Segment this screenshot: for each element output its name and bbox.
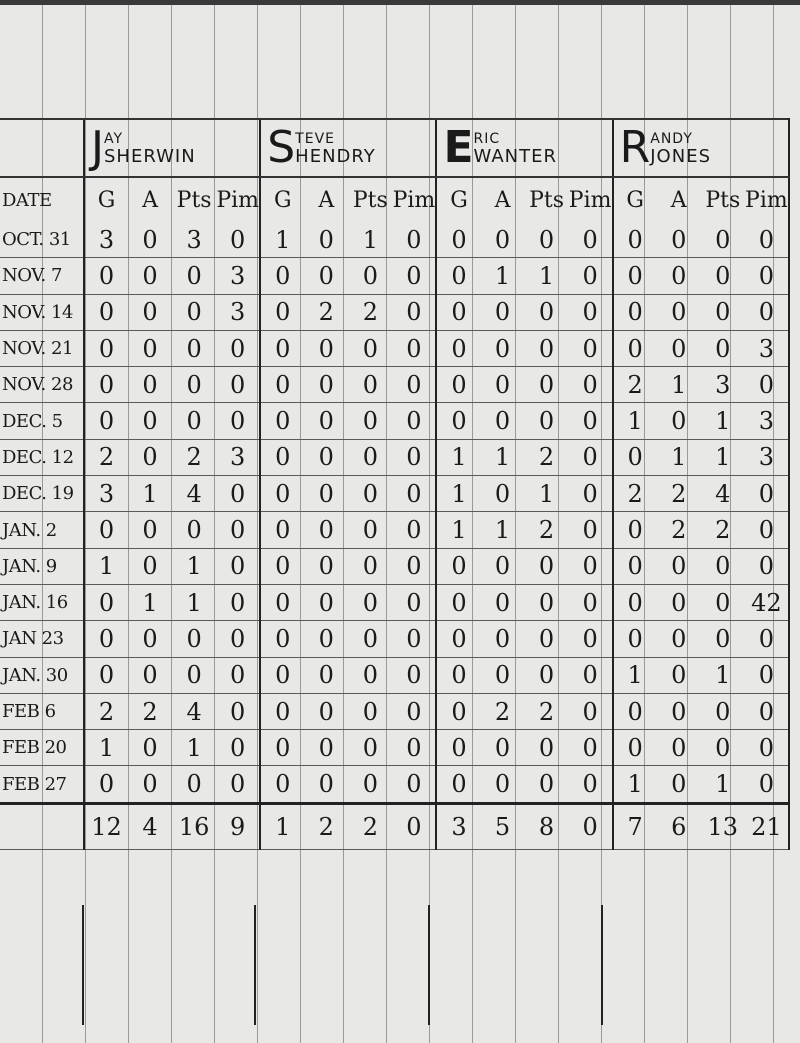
stat-cell: 0: [260, 367, 304, 403]
stat-cell: 0: [260, 476, 304, 512]
stat-cell: 0: [745, 548, 789, 584]
stat-cell: 0: [304, 584, 348, 620]
stat-header: G: [613, 177, 657, 222]
stat-cell: 0: [84, 512, 128, 548]
game-date: JAN 23: [0, 621, 84, 657]
stat-cell: 2: [172, 439, 216, 475]
stat-cell: 1: [436, 439, 480, 475]
stat-cell: 0: [172, 766, 216, 803]
stat-cell: 0: [260, 693, 304, 729]
stat-cell: 0: [348, 657, 392, 693]
stat-cell: 0: [657, 693, 701, 729]
game-row: JAN. 300000000000001010: [0, 657, 789, 693]
stat-cell: 0: [84, 294, 128, 330]
stat-header: G: [260, 177, 304, 222]
total-cell: 5: [481, 803, 525, 849]
stat-cell: 0: [172, 258, 216, 294]
total-cell: 8: [525, 803, 569, 849]
game-row: DEC. 50000000000001013: [0, 403, 789, 439]
stat-cell: 2: [128, 693, 172, 729]
stat-cell: 0: [304, 439, 348, 475]
stat-cell: 0: [569, 693, 613, 729]
stat-header: A: [481, 177, 525, 222]
total-cell: 9: [216, 803, 260, 849]
stat-cell: 0: [304, 548, 348, 584]
stat-cell: 0: [260, 512, 304, 548]
stat-cell: 0: [701, 730, 745, 766]
column-divider: [254, 905, 256, 1025]
stat-cell: 0: [260, 439, 304, 475]
stat-cell: 0: [128, 621, 172, 657]
stat-cell: 0: [172, 621, 216, 657]
stat-cell: 0: [392, 330, 436, 366]
game-date: DEC. 19: [0, 476, 84, 512]
stat-cell: 0: [436, 330, 480, 366]
stat-cell: 0: [569, 294, 613, 330]
stat-cell: 0: [392, 693, 436, 729]
player-name: TEVEHENDRY: [295, 130, 376, 166]
stat-cell: 0: [304, 657, 348, 693]
stat-cell: 0: [481, 548, 525, 584]
stat-cell: 0: [481, 222, 525, 258]
stat-cell: 4: [172, 693, 216, 729]
player-initial: R: [620, 122, 651, 173]
player-last: WANTER: [474, 148, 557, 166]
stat-cell: 1: [613, 766, 657, 803]
stat-cell: 1: [128, 476, 172, 512]
game-date: NOV. 7: [0, 258, 84, 294]
total-cell: 3: [436, 803, 480, 849]
game-date: JAN. 9: [0, 548, 84, 584]
stat-cell: 0: [216, 693, 260, 729]
stat-cell: 42: [745, 584, 789, 620]
player-last: HENDRY: [295, 148, 376, 166]
stat-cell: 0: [84, 330, 128, 366]
stat-cell: 0: [569, 403, 613, 439]
stat-cell: 0: [436, 367, 480, 403]
stat-cell: 0: [657, 258, 701, 294]
stat-cell: 2: [525, 693, 569, 729]
stat-cell: 0: [436, 294, 480, 330]
stat-cell: 0: [216, 367, 260, 403]
blank-ledger-area: [0, 905, 800, 1043]
stat-cell: 4: [172, 476, 216, 512]
total-cell: 2: [348, 803, 392, 849]
stat-cell: 0: [613, 730, 657, 766]
stat-cell: 0: [260, 657, 304, 693]
game-date: FEB 6: [0, 693, 84, 729]
stat-cell: 0: [569, 367, 613, 403]
stat-cell: 1: [260, 222, 304, 258]
stat-cell: 0: [128, 548, 172, 584]
stat-cell: 3: [745, 439, 789, 475]
stat-cell: 0: [128, 222, 172, 258]
stat-cell: 0: [701, 222, 745, 258]
stat-cell: 0: [84, 367, 128, 403]
stat-header: G: [436, 177, 480, 222]
stat-cell: 0: [348, 439, 392, 475]
total-cell: 16: [172, 803, 216, 849]
stat-cell: 0: [304, 476, 348, 512]
game-row: JAN. 20000000011200220: [0, 512, 789, 548]
stat-cell: 0: [657, 330, 701, 366]
stat-cell: 0: [216, 766, 260, 803]
game-date: NOV. 14: [0, 294, 84, 330]
stat-cell: 0: [436, 403, 480, 439]
stat-cell: 0: [701, 621, 745, 657]
stat-cell: 0: [392, 439, 436, 475]
stat-cell: 0: [304, 621, 348, 657]
stat-cell: 0: [172, 403, 216, 439]
stat-cell: 0: [260, 548, 304, 584]
stat-cell: 0: [348, 584, 392, 620]
stat-cell: 0: [348, 548, 392, 584]
stat-cell: 0: [745, 512, 789, 548]
stat-header: Pts: [172, 177, 216, 222]
stat-cell: 4: [701, 476, 745, 512]
game-row: NOV. 140003022000000000: [0, 294, 789, 330]
stat-cell: 0: [128, 367, 172, 403]
player-initial: E: [443, 122, 473, 173]
stat-cell: 0: [657, 548, 701, 584]
stat-cell: 0: [436, 730, 480, 766]
stat-cell: 0: [745, 693, 789, 729]
stat-cell: 0: [216, 730, 260, 766]
stat-header: Pts: [525, 177, 569, 222]
stat-cell: 0: [525, 621, 569, 657]
stat-cell: 3: [216, 439, 260, 475]
stat-cell: 0: [525, 766, 569, 803]
stat-cell: 0: [392, 584, 436, 620]
game-row: OCT. 313030101000000000: [0, 222, 789, 258]
stat-cell: 0: [260, 584, 304, 620]
stat-cell: 0: [569, 730, 613, 766]
stat-cell: 0: [436, 621, 480, 657]
player-name: ANDYJONES: [650, 130, 711, 166]
stat-cell: 2: [84, 693, 128, 729]
game-date: NOV. 28: [0, 367, 84, 403]
stat-cell: 0: [657, 730, 701, 766]
stat-cell: 0: [216, 621, 260, 657]
stat-cell: 0: [701, 693, 745, 729]
stat-cell: 0: [745, 222, 789, 258]
stat-cell: 0: [348, 330, 392, 366]
stat-cell: 0: [128, 294, 172, 330]
player-last: JONES: [650, 148, 711, 166]
stat-cell: 0: [525, 548, 569, 584]
stat-cell: 0: [392, 730, 436, 766]
total-cell: 0: [569, 803, 613, 849]
stat-cell: 0: [128, 330, 172, 366]
game-date: FEB 20: [0, 730, 84, 766]
stat-cell: 0: [84, 258, 128, 294]
stat-cell: 0: [569, 439, 613, 475]
stat-cell: 3: [216, 258, 260, 294]
stat-cell: 0: [392, 222, 436, 258]
stat-cell: 0: [525, 367, 569, 403]
stat-cell: 0: [216, 403, 260, 439]
totals-label: [0, 803, 84, 849]
stat-cell: 1: [657, 439, 701, 475]
player-initial: J: [91, 122, 104, 173]
stat-cell: 0: [657, 584, 701, 620]
stat-cell: 1: [701, 439, 745, 475]
stat-cell: 0: [84, 584, 128, 620]
stat-cell: 0: [84, 621, 128, 657]
stat-cell: 0: [216, 548, 260, 584]
stat-cell: 0: [128, 657, 172, 693]
stat-cell: 0: [172, 512, 216, 548]
stat-cell: 1: [701, 657, 745, 693]
stat-cell: 0: [745, 766, 789, 803]
game-row: NOV. 70003000001100000: [0, 258, 789, 294]
stat-cell: 0: [701, 294, 745, 330]
stat-cell: 2: [657, 512, 701, 548]
game-date: DEC. 5: [0, 403, 84, 439]
stat-cell: 0: [481, 621, 525, 657]
stat-cell: 0: [304, 766, 348, 803]
stat-cell: 0: [481, 403, 525, 439]
stat-cell: 1: [128, 584, 172, 620]
stat-cell: 0: [392, 657, 436, 693]
stat-cell: 0: [392, 476, 436, 512]
stat-cell: 0: [348, 512, 392, 548]
player-header-2: ERICWANTER: [436, 119, 612, 177]
player-name: RICWANTER: [474, 130, 557, 166]
stat-cell: 0: [348, 367, 392, 403]
game-row: JAN 230000000000000000: [0, 621, 789, 657]
stat-cell: 2: [348, 294, 392, 330]
total-cell: 0: [392, 803, 436, 849]
stat-header: A: [304, 177, 348, 222]
stat-cell: 0: [436, 258, 480, 294]
stat-cell: 0: [481, 657, 525, 693]
game-date: NOV. 21: [0, 330, 84, 366]
stat-cell: 2: [613, 476, 657, 512]
stat-cell: 2: [304, 294, 348, 330]
stat-cell: 2: [701, 512, 745, 548]
stat-cell: 0: [657, 403, 701, 439]
stat-cell: 1: [436, 476, 480, 512]
stat-cell: 0: [569, 766, 613, 803]
stat-cell: 0: [525, 222, 569, 258]
stat-cell: 0: [304, 258, 348, 294]
stat-cell: 0: [260, 730, 304, 766]
stat-cell: 1: [348, 222, 392, 258]
stat-cell: 0: [436, 693, 480, 729]
stat-cell: 0: [613, 512, 657, 548]
stat-cell: 2: [613, 367, 657, 403]
game-row: DEC. 122023000011200113: [0, 439, 789, 475]
stat-cell: 0: [216, 330, 260, 366]
stat-cell: 0: [128, 258, 172, 294]
stat-cell: 0: [613, 621, 657, 657]
stat-cell: 0: [745, 476, 789, 512]
stat-cell: 0: [128, 730, 172, 766]
stat-cell: 0: [216, 584, 260, 620]
total-cell: 7: [613, 803, 657, 849]
totals-row: 12416912203580761321: [0, 803, 789, 849]
stat-cell: 3: [172, 222, 216, 258]
total-cell: 6: [657, 803, 701, 849]
player-header-0: JAYSHERWIN: [84, 119, 260, 177]
stat-cell: 0: [304, 512, 348, 548]
game-row: FEB 201010000000000000: [0, 730, 789, 766]
stat-cell: 1: [525, 258, 569, 294]
game-date: JAN. 2: [0, 512, 84, 548]
stat-cell: 0: [613, 693, 657, 729]
stat-cell: 0: [216, 476, 260, 512]
stat-cell: 0: [260, 330, 304, 366]
stat-cell: 0: [481, 330, 525, 366]
stat-header: Pts: [701, 177, 745, 222]
stat-cell: 1: [701, 403, 745, 439]
stat-header: Pim: [392, 177, 436, 222]
stat-cell: 0: [392, 512, 436, 548]
stat-cell: 0: [84, 766, 128, 803]
stat-cell: 2: [525, 512, 569, 548]
stat-cell: 0: [348, 693, 392, 729]
stat-cell: 0: [613, 222, 657, 258]
total-cell: 1: [260, 803, 304, 849]
stat-cell: 0: [436, 766, 480, 803]
stat-header: G: [84, 177, 128, 222]
player-initial: S: [267, 122, 295, 173]
stat-cell: 0: [525, 403, 569, 439]
stat-cell: 0: [481, 584, 525, 620]
stat-cell: 0: [348, 730, 392, 766]
stat-cell: 0: [569, 476, 613, 512]
stat-cell: 0: [569, 657, 613, 693]
stat-cell: 0: [260, 403, 304, 439]
game-row: JAN. 91010000000000000: [0, 548, 789, 584]
stat-header: Pim: [569, 177, 613, 222]
stat-cell: 2: [481, 693, 525, 729]
stat-cell: 0: [348, 258, 392, 294]
total-cell: 4: [128, 803, 172, 849]
column-divider: [82, 905, 84, 1025]
stat-cell: 0: [481, 367, 525, 403]
stat-cell: 0: [613, 330, 657, 366]
stat-cell: 0: [128, 439, 172, 475]
stat-cell: 0: [481, 766, 525, 803]
stat-cell: 0: [745, 258, 789, 294]
stat-cell: 0: [436, 584, 480, 620]
stat-cell: 0: [569, 621, 613, 657]
stat-cell: 0: [304, 330, 348, 366]
stat-cell: 1: [613, 657, 657, 693]
stat-header: Pim: [216, 177, 260, 222]
stat-cell: 3: [84, 222, 128, 258]
stat-cell: 3: [701, 367, 745, 403]
stat-cell: 0: [392, 766, 436, 803]
game-row: JAN. 1601100000000000042: [0, 584, 789, 620]
stat-cell: 0: [525, 584, 569, 620]
stat-cell: 0: [216, 512, 260, 548]
stat-cell: 0: [172, 367, 216, 403]
stat-cell: 0: [525, 330, 569, 366]
stat-cell: 0: [84, 657, 128, 693]
stat-cell: 1: [172, 548, 216, 584]
total-cell: 2: [304, 803, 348, 849]
column-divider: [601, 905, 603, 1025]
stat-cell: 0: [569, 330, 613, 366]
stat-cell: 1: [481, 439, 525, 475]
scoring-table: JAYSHERWIN STEVEHENDRY ERICWANTER RANDYJ…: [0, 118, 790, 850]
stat-cell: 0: [436, 222, 480, 258]
stat-header: A: [657, 177, 701, 222]
stat-cell: 0: [481, 730, 525, 766]
game-date: FEB 27: [0, 766, 84, 803]
stat-cell: 1: [436, 512, 480, 548]
stat-cell: 0: [701, 584, 745, 620]
stat-cell: 0: [436, 657, 480, 693]
stat-cell: 0: [172, 294, 216, 330]
stat-cell: 0: [172, 657, 216, 693]
stat-cell: 0: [348, 766, 392, 803]
stat-cell: 0: [128, 512, 172, 548]
stat-cell: 0: [304, 367, 348, 403]
stat-cell: 0: [657, 766, 701, 803]
player-header-1: STEVEHENDRY: [260, 119, 436, 177]
player-last: SHERWIN: [104, 148, 196, 166]
player-name: AYSHERWIN: [104, 130, 196, 166]
stat-cell: 0: [392, 367, 436, 403]
stat-cell: 0: [569, 584, 613, 620]
stat-cell: 0: [569, 548, 613, 584]
stat-cell: 2: [525, 439, 569, 475]
stat-header: A: [128, 177, 172, 222]
stat-cell: 0: [613, 584, 657, 620]
stat-cell: 3: [745, 403, 789, 439]
total-cell: 21: [745, 803, 789, 849]
stat-cell: 1: [84, 730, 128, 766]
player-names-row: JAYSHERWIN STEVEHENDRY ERICWANTER RANDYJ…: [0, 119, 789, 177]
stat-cell: 0: [745, 621, 789, 657]
stat-cell: 0: [216, 657, 260, 693]
stat-cell: 0: [436, 548, 480, 584]
stat-cell: 0: [128, 403, 172, 439]
stat-cell: 0: [260, 294, 304, 330]
stat-cell: 0: [569, 512, 613, 548]
stat-cell: 0: [348, 621, 392, 657]
stat-cell: 0: [745, 367, 789, 403]
stat-cell: 0: [304, 403, 348, 439]
stat-cell: 0: [701, 258, 745, 294]
stat-cell: 0: [701, 330, 745, 366]
stat-cell: 0: [481, 476, 525, 512]
game-row: FEB 62240000002200000: [0, 693, 789, 729]
stat-cell: 3: [84, 476, 128, 512]
total-cell: 13: [701, 803, 745, 849]
blank-corner: [0, 119, 84, 177]
stat-cell: 3: [216, 294, 260, 330]
game-date: JAN. 16: [0, 584, 84, 620]
stat-cell: 0: [613, 294, 657, 330]
stat-cell: 0: [392, 403, 436, 439]
stat-cell: 0: [260, 621, 304, 657]
player-header-3: RANDYJONES: [613, 119, 789, 177]
game-row: DEC. 193140000010102240: [0, 476, 789, 512]
stat-cell: 0: [392, 294, 436, 330]
stat-cell: 1: [657, 367, 701, 403]
stat-cell: 0: [260, 766, 304, 803]
page-edge: [0, 0, 800, 5]
stat-header-row: DATE GAPtsPimGAPtsPimGAPtsPimGAPtsPim: [0, 177, 789, 222]
stat-cell: 0: [657, 222, 701, 258]
stat-cell: 0: [613, 548, 657, 584]
stat-cell: 1: [701, 766, 745, 803]
